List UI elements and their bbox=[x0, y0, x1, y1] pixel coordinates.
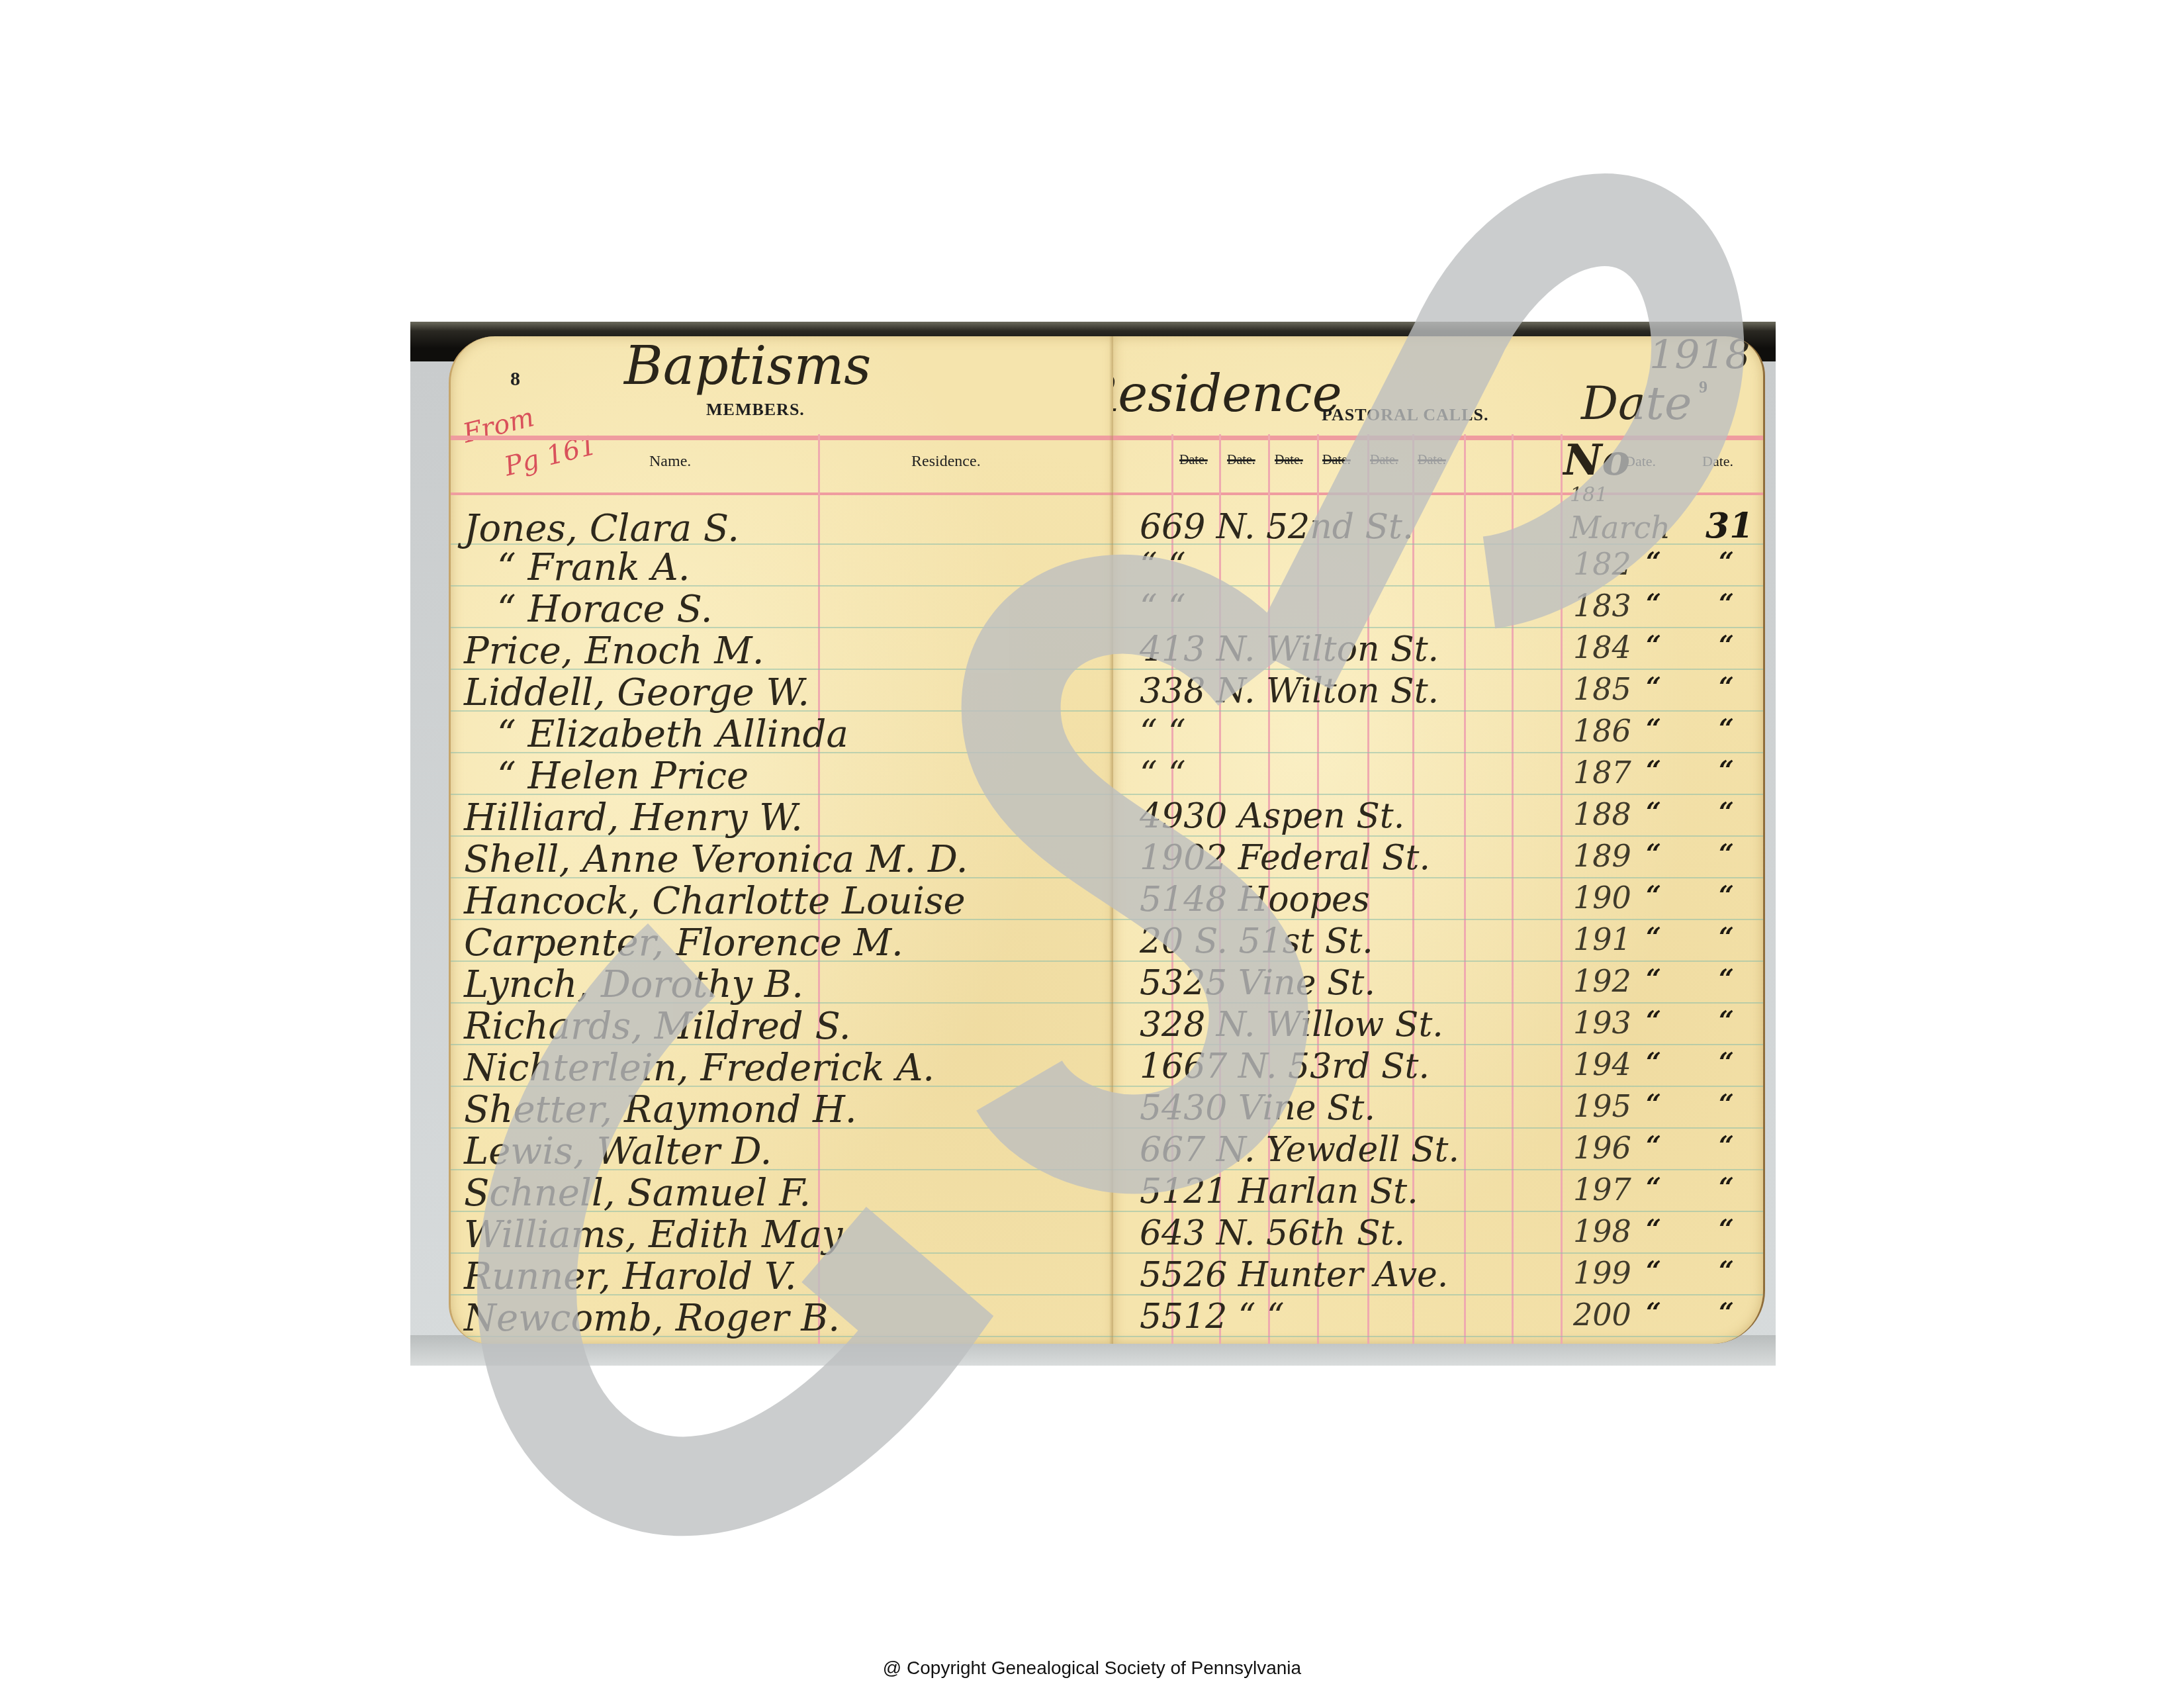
entry-residence: 667 N. Yewdell St. bbox=[1140, 1130, 1459, 1170]
right-page-number: 9 bbox=[1699, 377, 1707, 397]
column-divider bbox=[1561, 434, 1563, 1344]
ruled-line bbox=[1113, 627, 1763, 628]
entry-name: Runner, Harold V. bbox=[464, 1255, 796, 1298]
entry-name: “ Helen Price bbox=[497, 755, 749, 798]
entry-day-ditto: “ bbox=[1719, 630, 1734, 661]
entry-name: “ Horace S. bbox=[497, 588, 713, 631]
entry-number: 199 bbox=[1573, 1255, 1631, 1291]
handwritten-title: Baptisms bbox=[624, 336, 871, 397]
entry-day-ditto: “ bbox=[1719, 671, 1734, 702]
handwritten-year: 1918 bbox=[1649, 336, 1751, 379]
entry-month: March bbox=[1570, 510, 1670, 545]
entry-month-ditto: “ bbox=[1646, 880, 1661, 911]
column-header-name: Name. bbox=[649, 453, 691, 471]
entry-month-ditto: “ bbox=[1646, 546, 1661, 577]
entry-residence: “ “ bbox=[1140, 546, 1186, 586]
entry-residence: 5121 Harlan St. bbox=[1140, 1172, 1418, 1211]
entry-number: 195 bbox=[1573, 1088, 1631, 1124]
entry-name: Lynch, Dorothy B. bbox=[464, 963, 803, 1006]
entry-residence: 20 S. 51st St. bbox=[1140, 921, 1373, 961]
entry-number: 182 bbox=[1573, 546, 1631, 582]
entry-name: Hancock, Charlotte Louise bbox=[464, 880, 966, 923]
entry-residence: “ “ bbox=[1140, 755, 1186, 794]
entry-day-ditto: “ bbox=[1719, 838, 1734, 869]
entry-residence: 1902 Federal St. bbox=[1140, 838, 1430, 878]
struck-date-header: Date. bbox=[1275, 453, 1303, 468]
column-divider bbox=[1464, 434, 1466, 1344]
entry-day-ditto: “ bbox=[1719, 1005, 1734, 1036]
entry-month-ditto: “ bbox=[1646, 671, 1661, 702]
entry-residence: 1667 N. 53rd St. bbox=[1140, 1047, 1430, 1086]
handwritten-no-heading: No bbox=[1563, 436, 1630, 485]
entry-day: 31 bbox=[1706, 506, 1753, 546]
entry-month-ditto: “ bbox=[1646, 1005, 1661, 1036]
header-rule-top bbox=[451, 436, 1115, 440]
entry-month-ditto: “ bbox=[1646, 838, 1661, 869]
right-page: Residence PASTORAL CALLS. Date 1918 9 Da… bbox=[1113, 336, 1765, 1344]
entry-month-ditto: “ bbox=[1646, 630, 1661, 661]
entry-month-ditto: “ bbox=[1646, 1172, 1661, 1203]
printed-pastoral-calls-heading: PASTORAL CALLS. bbox=[1322, 405, 1488, 425]
handwritten-date-heading: Date bbox=[1581, 376, 1692, 430]
entry-month-ditto: “ bbox=[1646, 1130, 1661, 1161]
entry-number: 184 bbox=[1573, 630, 1631, 665]
entry-name: Carpenter, Florence M. bbox=[464, 921, 903, 964]
entry-residence: 5148 Hoopes bbox=[1140, 880, 1370, 919]
copyright-footer: @ Copyright Genealogical Society of Penn… bbox=[0, 1658, 2184, 1679]
entry-residence: 328 N. Willow St. bbox=[1140, 1005, 1443, 1045]
entry-month-ditto: “ bbox=[1646, 1088, 1661, 1119]
entry-number: 181 bbox=[1570, 483, 1608, 506]
entry-month-ditto: “ bbox=[1646, 755, 1661, 786]
entry-day-ditto: “ bbox=[1719, 921, 1734, 953]
ruled-line bbox=[1113, 585, 1763, 586]
entry-day-ditto: “ bbox=[1719, 1297, 1734, 1328]
entry-residence: 5325 Vine St. bbox=[1140, 963, 1375, 1003]
red-annotation-line1: From bbox=[460, 402, 537, 449]
entry-name: Price, Enoch M. bbox=[464, 630, 764, 673]
entry-number: 197 bbox=[1573, 1172, 1631, 1207]
entry-name: Hilliard, Henry W. bbox=[464, 796, 803, 839]
header-rule-top bbox=[1113, 436, 1763, 440]
entry-month-ditto: “ bbox=[1646, 963, 1661, 994]
entry-day-ditto: “ bbox=[1719, 1213, 1734, 1244]
entry-name: Shetter, Raymond H. bbox=[464, 1088, 857, 1131]
left-page: 8 Baptisms MEMBERS. From Pg 161 Name. Re… bbox=[449, 336, 1115, 1344]
entry-number: 200 bbox=[1573, 1297, 1631, 1333]
entry-number: 191 bbox=[1573, 921, 1631, 957]
entry-day-ditto: “ bbox=[1719, 755, 1734, 786]
entry-residence: 338 N. Wilton St. bbox=[1140, 671, 1439, 711]
entry-name: “ Elizabeth Allinda bbox=[497, 713, 848, 756]
struck-date-header: Date. bbox=[1370, 453, 1398, 468]
entry-number: 183 bbox=[1573, 588, 1631, 624]
entry-name: Shell, Anne Veronica M. D. bbox=[464, 838, 968, 881]
entry-number: 189 bbox=[1573, 838, 1631, 874]
column-header-residence: Residence. bbox=[911, 453, 981, 471]
entry-residence: 5526 Hunter Ave. bbox=[1140, 1255, 1448, 1295]
printed-members-heading: MEMBERS. bbox=[706, 400, 805, 420]
entry-residence: 669 N. 52nd St. bbox=[1140, 507, 1414, 547]
entry-name: Richards, Mildred S. bbox=[464, 1005, 851, 1048]
entry-day-ditto: “ bbox=[1719, 796, 1734, 827]
entry-month-ditto: “ bbox=[1646, 1213, 1661, 1244]
struck-date-header: Date. bbox=[1322, 453, 1351, 468]
entry-day-ditto: “ bbox=[1719, 1255, 1734, 1286]
entry-month-ditto: “ bbox=[1646, 796, 1661, 827]
entry-residence: 4930 Aspen St. bbox=[1140, 796, 1404, 836]
entry-number: 185 bbox=[1573, 671, 1631, 707]
left-page-number: 8 bbox=[510, 368, 520, 391]
ruled-line bbox=[1113, 794, 1763, 795]
entry-number: 193 bbox=[1573, 1005, 1631, 1041]
entry-residence: 5512 “ “ bbox=[1140, 1297, 1285, 1336]
entry-month-ditto: “ bbox=[1646, 921, 1661, 953]
entry-number: 190 bbox=[1573, 880, 1631, 915]
ruled-line bbox=[1113, 752, 1763, 753]
entry-residence: 643 N. 56th St. bbox=[1140, 1213, 1405, 1253]
entry-number: 196 bbox=[1573, 1130, 1631, 1166]
entry-day-ditto: “ bbox=[1719, 963, 1734, 994]
entry-month-ditto: “ bbox=[1646, 1255, 1661, 1286]
entry-number: 188 bbox=[1573, 796, 1631, 832]
entry-name: Nichterlein, Frederick A. bbox=[464, 1047, 934, 1090]
entry-number: 194 bbox=[1573, 1047, 1631, 1082]
entry-day-ditto: “ bbox=[1719, 713, 1734, 744]
entry-day-ditto: “ bbox=[1719, 880, 1734, 911]
struck-date-header: Date. bbox=[1179, 453, 1208, 468]
column-divider bbox=[1512, 434, 1514, 1344]
column-header-date-2: Date. bbox=[1702, 453, 1733, 470]
entry-month-ditto: “ bbox=[1646, 588, 1661, 619]
entry-name: Schnell, Samuel F. bbox=[464, 1172, 811, 1215]
entry-day-ditto: “ bbox=[1719, 588, 1734, 619]
entry-day-ditto: “ bbox=[1719, 1130, 1734, 1161]
entry-number: 198 bbox=[1573, 1213, 1631, 1249]
entry-day-ditto: “ bbox=[1719, 1088, 1734, 1119]
entry-name: Liddell, George W. bbox=[464, 671, 809, 714]
entry-residence: 413 N. Wilton St. bbox=[1140, 630, 1439, 669]
entry-residence: 5430 Vine St. bbox=[1140, 1088, 1375, 1128]
entry-month-ditto: “ bbox=[1646, 713, 1661, 744]
entry-name: Lewis, Walter D. bbox=[464, 1130, 772, 1173]
entry-residence: “ “ bbox=[1140, 588, 1186, 628]
handwritten-residence-heading: Residence bbox=[1113, 364, 1342, 423]
entry-month-ditto: “ bbox=[1646, 1047, 1661, 1078]
struck-date-header: Date. bbox=[1227, 453, 1255, 468]
entry-number: 192 bbox=[1573, 963, 1631, 999]
entry-day-ditto: “ bbox=[1719, 1047, 1734, 1078]
entry-name: Jones, Clara S. bbox=[464, 507, 739, 550]
entry-month-ditto: “ bbox=[1646, 1297, 1661, 1328]
entry-day-ditto: “ bbox=[1719, 546, 1734, 577]
entry-number: 186 bbox=[1573, 713, 1631, 749]
entry-number: 187 bbox=[1573, 755, 1631, 790]
entry-day-ditto: “ bbox=[1719, 1172, 1734, 1203]
header-rule-bottom bbox=[451, 492, 1115, 495]
struck-date-header: Date. bbox=[1418, 453, 1446, 468]
entry-name: “ Frank A. bbox=[497, 546, 690, 589]
header-rule-bottom bbox=[1113, 492, 1763, 495]
entry-name: Williams, Edith May bbox=[464, 1213, 842, 1256]
entry-name: Newcomb, Roger B. bbox=[464, 1297, 840, 1340]
entry-residence: “ “ bbox=[1140, 713, 1186, 753]
